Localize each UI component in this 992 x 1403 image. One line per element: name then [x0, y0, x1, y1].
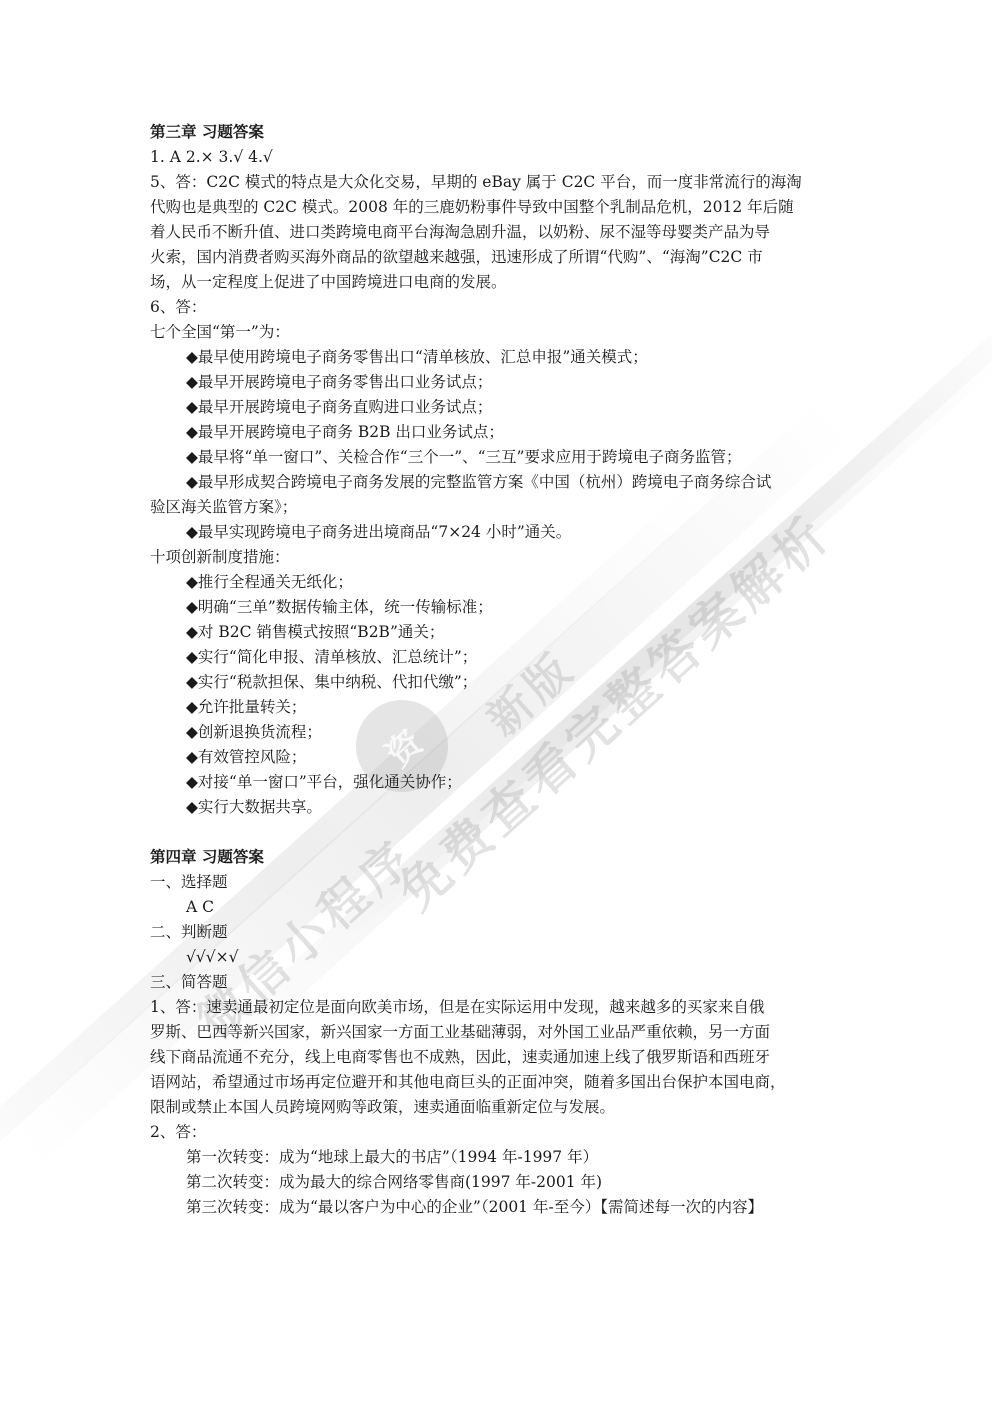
section-spacer: [150, 820, 850, 845]
list-item: ◆实行“简化申报、清单核放、汇总统计”；: [150, 645, 850, 670]
list-item: ◆创新退换货流程；: [150, 720, 850, 745]
list-item: 第二次转变：成为最大的综合网络零售商(1997 年-2001 年): [150, 1170, 850, 1195]
paragraph-line: 限制或禁止本国人员跨境网购等政策，速卖通面临重新定位与发展。: [150, 1095, 850, 1120]
paragraph-line: 火索，国内消费者购买海外商品的欲望越来越强，迅速形成了所谓“代购”、“海淘”C2…: [150, 245, 850, 270]
paragraph-line: 1、答：速卖通最初定位是面向欧美市场，但是在实际运用中发现，越来越多的买家来自俄: [150, 995, 850, 1020]
chapter4-section2-answers: √√√×√: [150, 945, 850, 970]
chapter3-q5-answer: 5、答：C2C 模式的特点是大众化交易，早期的 eBay 属于 C2C 平台，而…: [150, 170, 850, 295]
ten-measures-list: ◆推行全程通关无纸化； ◆明确“三单”数据传输主体，统一传输标准； ◆对 B2C…: [150, 570, 850, 820]
list-item: ◆推行全程通关无纸化；: [150, 570, 850, 595]
list-item: ◆最早形成契合跨境电子商务发展的完整监管方案《中国（杭州）跨境电子商务综合试: [150, 470, 850, 495]
chapter4-q2-label: 2、答：: [150, 1120, 850, 1145]
list-item: ◆最早开展跨境电子商务 B2B 出口业务试点；: [150, 420, 850, 445]
seven-firsts-list: ◆最早使用跨境电子商务零售出口“清单核放、汇总申报”通关模式； ◆最早开展跨境电…: [150, 345, 850, 545]
list-item: ◆对接“单一窗口”平台，强化通关协作；: [150, 770, 850, 795]
paragraph-line: 代购也是典型的 C2C 模式。2008 年的三鹿奶粉事件导致中国整个乳制品危机，…: [150, 195, 850, 220]
paragraph-line: 线下商品流通不充分，线上电商零售也不成熟，因此，速卖通加速上线了俄罗斯语和西班牙: [150, 1045, 850, 1070]
paragraph-line: 着人民币不断升值、进口类跨境电商平台海淘急剧升温，以奶粉、尿不湿等母婴类产品为导: [150, 220, 850, 245]
list-item: ◆最早将“单一窗口”、关检合作“三个一”、“三互”要求应用于跨境电子商务监管；: [150, 445, 850, 470]
chapter4-title: 第四章 习题答案: [150, 845, 850, 870]
list-item: 第三次转变：成为“最以客户为中心的企业”（2001 年-至今）【需简述每一次的内…: [150, 1195, 850, 1220]
seven-firsts-label: 七个全国“第一”为：: [150, 320, 850, 345]
list-item: ◆对 B2C 销售模式按照“B2B”通关；: [150, 620, 850, 645]
chapter4-section3-label: 三、简答题: [150, 970, 850, 995]
paragraph-line: 场，从一定程度上促进了中国跨境进口电商的发展。: [150, 270, 850, 295]
paragraph-line: 5、答：C2C 模式的特点是大众化交易，早期的 eBay 属于 C2C 平台，而…: [150, 170, 850, 195]
list-item: 第一次转变：成为“地球上最大的书店”（1994 年-1997 年）: [150, 1145, 850, 1170]
chapter3-answers-1-4: 1. A 2.× 3.√ 4.√: [150, 145, 850, 170]
paragraph-line: 罗斯、巴西等新兴国家，新兴国家一方面工业基础薄弱，对外国工业品严重依赖，另一方面: [150, 1020, 850, 1045]
document-page: 第三章 习题答案 1. A 2.× 3.√ 4.√ 5、答：C2C 模式的特点是…: [150, 120, 850, 1220]
chapter4-section2-label: 二、判断题: [150, 920, 850, 945]
list-item: ◆最早使用跨境电子商务零售出口“清单核放、汇总申报”通关模式；: [150, 345, 850, 370]
list-item: ◆允许批量转关；: [150, 695, 850, 720]
list-item: ◆明确“三单”数据传输主体，统一传输标准；: [150, 595, 850, 620]
chapter4-q2-list: 第一次转变：成为“地球上最大的书店”（1994 年-1997 年） 第二次转变：…: [150, 1145, 850, 1220]
chapter4-q1-answer: 1、答：速卖通最初定位是面向欧美市场，但是在实际运用中发现，越来越多的买家来自俄…: [150, 995, 850, 1120]
chapter3-q6-label: 6、答：: [150, 295, 850, 320]
paragraph-line: 语网站，希望通过市场再定位避开和其他电商巨头的正面冲突，随着多国出台保护本国电商…: [150, 1070, 850, 1095]
list-item: ◆实行“税款担保、集中纳税、代扣代缴”；: [150, 670, 850, 695]
chapter3-title: 第三章 习题答案: [150, 120, 850, 145]
list-item: ◆实行大数据共享。: [150, 795, 850, 820]
chapter4-section1-label: 一、选择题: [150, 870, 850, 895]
chapter4-section1-answers: A C: [150, 895, 850, 920]
list-item-continuation: 验区海关监管方案》；: [150, 495, 850, 520]
list-item: ◆有效管控风险；: [150, 745, 850, 770]
list-item: ◆最早实现跨境电子商务进出境商品“7×24 小时”通关。: [150, 520, 850, 545]
ten-measures-label: 十项创新制度措施：: [150, 545, 850, 570]
list-item: ◆最早开展跨境电子商务直购进口业务试点；: [150, 395, 850, 420]
list-item: ◆最早开展跨境电子商务零售出口业务试点；: [150, 370, 850, 395]
